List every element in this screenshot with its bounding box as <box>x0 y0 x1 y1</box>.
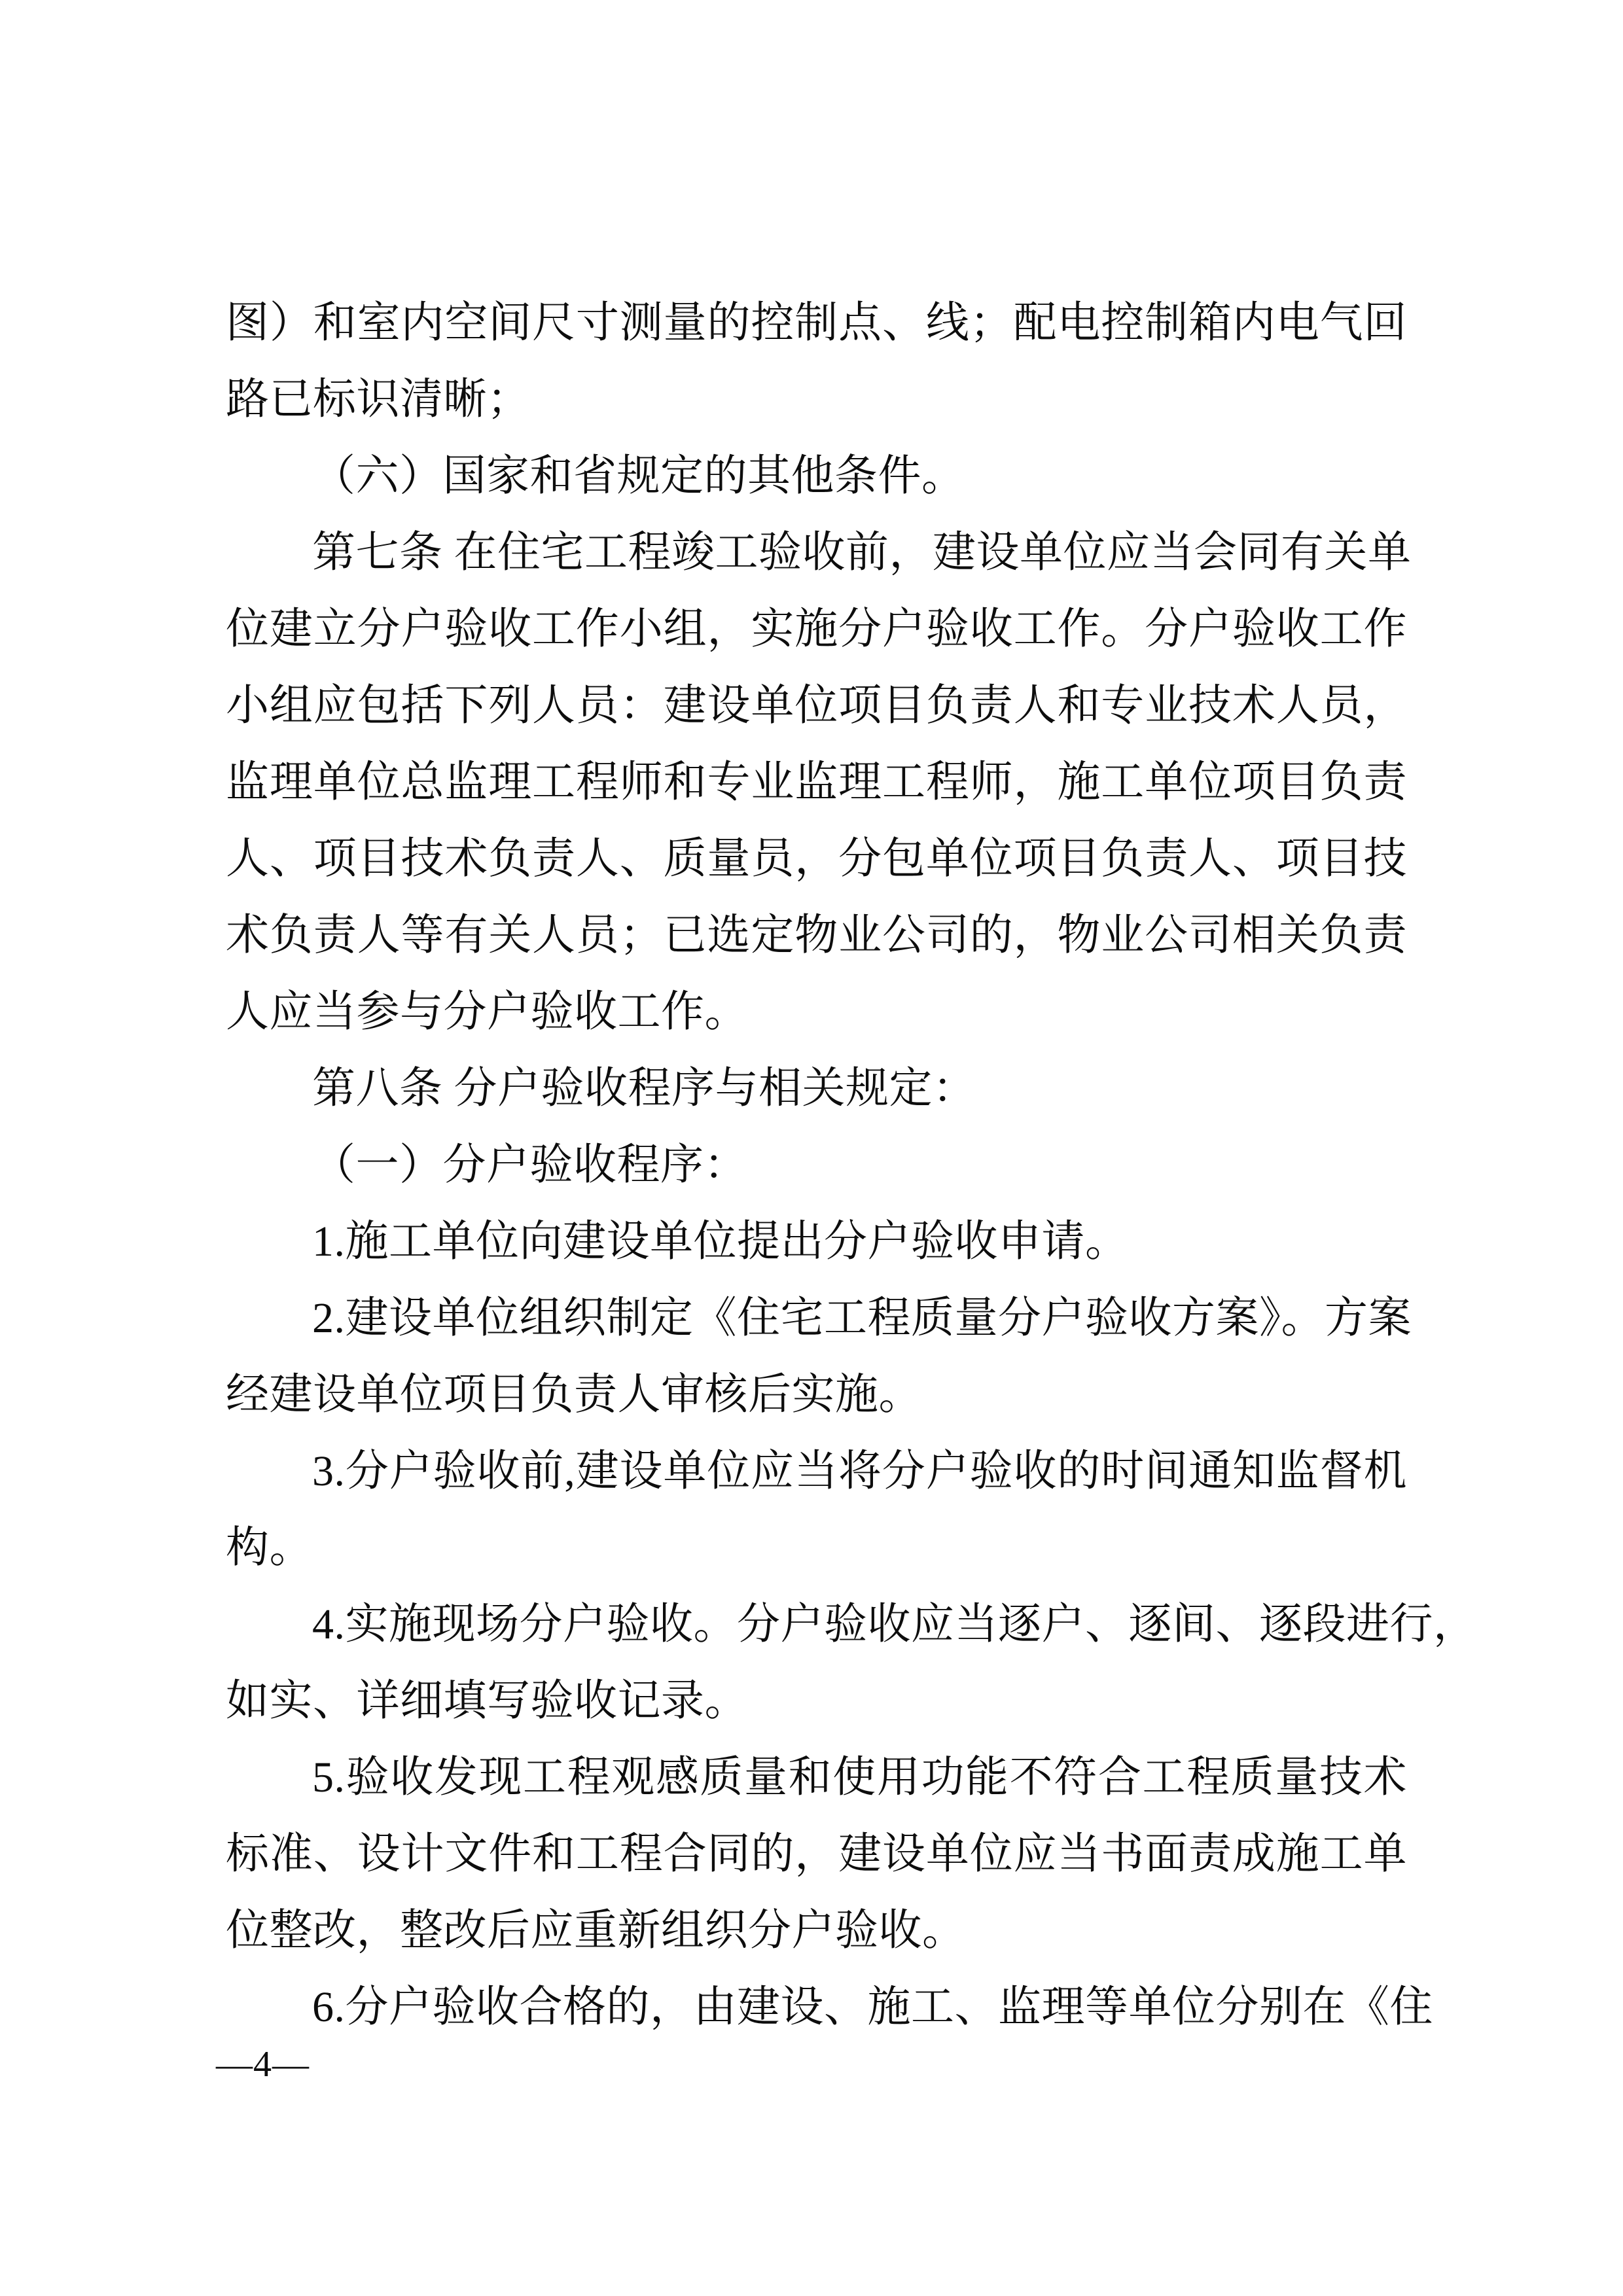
text-line: 标准、设计文件和工程合同的，建设单位应当书面责成施工单 <box>226 1816 1407 1892</box>
text-line: 第八条 分户验收程序与相关规定： <box>226 1050 1407 1127</box>
text-line: 4.实施现场分户验收。分户验收应当逐户、逐间、逐段进行， <box>226 1586 1407 1663</box>
text-line: 1.施工单位向建设单位提出分户验收申请。 <box>226 1203 1407 1280</box>
text-line: 监理单位总监理工程师和专业监理工程师，施工单位项目负责 <box>226 744 1407 821</box>
text-line: 位建立分户验收工作小组，实施分户验收工作。分户验收工作 <box>226 591 1407 667</box>
text-line: 构。 <box>226 1510 1407 1586</box>
text-line: 第七条 在住宅工程竣工验收前，建设单位应当会同有关单 <box>226 514 1407 591</box>
text-line: 术负责人等有关人员；已选定物业公司的，物业公司相关负责 <box>226 897 1407 974</box>
text-line: 小组应包括下列人员：建设单位项目负责人和专业技术人员， <box>226 667 1407 744</box>
text-line: 3.分户验收前,建设单位应当将分户验收的时间通知监督机 <box>226 1433 1407 1510</box>
text-line: 图）和室内空间尺寸测量的控制点、线；配电控制箱内电气回 <box>226 285 1407 361</box>
text-line: 人、项目技术负责人、质量员，分包单位项目负责人、项目技 <box>226 821 1407 897</box>
text-line: 如实、详细填写验收记录。 <box>226 1663 1407 1739</box>
text-line: （一）分户验收程序： <box>226 1127 1407 1203</box>
document-page: 图）和室内空间尺寸测量的控制点、线；配电控制箱内电气回路已标识清晰；（六）国家和… <box>0 0 1623 2296</box>
page-number: —4— <box>216 2041 310 2087</box>
text-line: 6.分户验收合格的，由建设、施工、监理等单位分别在《住 <box>226 1969 1407 2045</box>
text-line: （六）国家和省规定的其他条件。 <box>226 438 1407 514</box>
text-line: 5.验收发现工程观感质量和使用功能不符合工程质量技术 <box>226 1739 1407 1816</box>
text-line: 位整改，整改后应重新组织分户验收。 <box>226 1892 1407 1969</box>
text-line: 人应当参与分户验收工作。 <box>226 974 1407 1050</box>
text-line: 路已标识清晰； <box>226 361 1407 438</box>
text-line: 2.建设单位组织制定《住宅工程质量分户验收方案》。方案 <box>226 1280 1407 1356</box>
document-body: 图）和室内空间尺寸测量的控制点、线；配电控制箱内电气回路已标识清晰；（六）国家和… <box>226 285 1407 2045</box>
text-line: 经建设单位项目负责人审核后实施。 <box>226 1356 1407 1433</box>
